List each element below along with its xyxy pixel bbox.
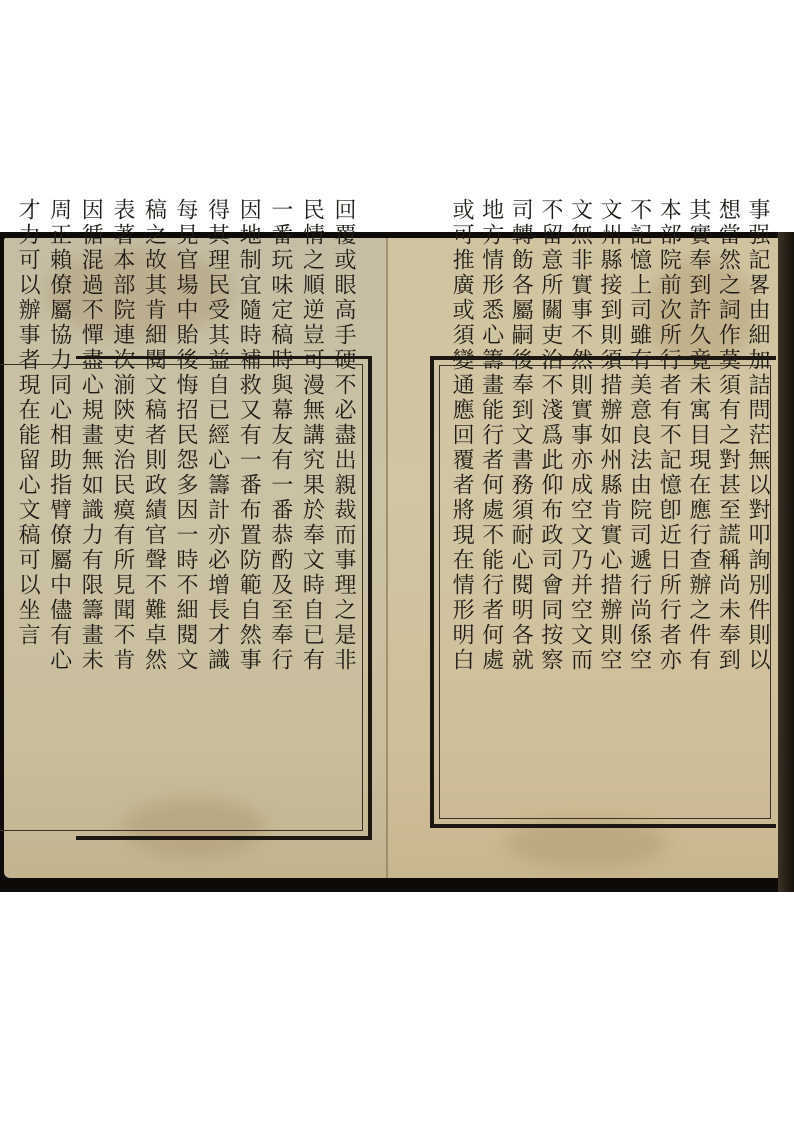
text-column: 周正賴僚屬協力同心相助指臂僚屬中儘有心 [42,198,74,618]
text-column: 或可推廣或須變通應回覆者將現在情形明白 [446,198,476,598]
text-column: 因地制宜隨時補救又有一番布置防範自然事 [232,198,264,618]
text-column: 司轉飭各屬嗣後奉到文書務須耐心閱明各就 [506,198,536,598]
text-column: 不留意所關吏治不淺爲此仰布政司會同按察 [535,198,565,598]
text-column: 事强記畧由細加詰問茫無以對叩詢別件則以 [742,198,772,598]
text-column: 地方情形悉心籌畫能行者何處不能行者何處 [476,198,506,598]
text-column: 才力可以辦事者現在能留心文稿可以坐言 [10,198,42,618]
text-column: 民情之順逆豈可漫無講究果於奉文時自已有 [295,198,327,618]
text-column: 本部院前次所行者有不記憶卽近日所行者亦 [654,198,684,598]
text-column: 因循混過不憚盡心規畫無如識力有限籌畫未 [74,198,106,618]
text-column: 文州縣接到則須措辦如州縣肯實心措辦則空 [594,198,624,598]
text-column: 表著本部院連次湔陝吏治民瘼有所見聞不肯 [105,198,137,618]
text-column: 稿之故其肯細閱文稿者則政績官聲不難卓然 [137,198,169,618]
book-spine [386,238,388,878]
text-column: 得其理民受其益自已經心籌計亦必增長才識 [200,198,232,618]
text-column: 其實奉到許久竟未寓目現在應行查辦之件有 [683,198,713,598]
text-column: 文無非實事不然則實事亦成空文乃并空文而 [565,198,595,598]
text-column: 想當然之詞作莫須有之對甚至謊稱尚未奉到 [713,198,743,598]
text-column: 每見官場中貽後悔招民怨多因一時不細閱文 [168,198,200,618]
text-column: 回覆或眼高手硬不必盡出親裁而事理之是非 [326,198,358,618]
page-edge [778,232,794,892]
text-column: 不記憶上司雖有美意良法由院司遞行尚係空 [624,198,654,598]
left-page-text: 回覆或眼高手硬不必盡出親裁而事理之是非 民情之順逆豈可漫無講究果於奉文時自已有 … [10,198,358,618]
text-column: 一番玩味定稿時與幕友有一番恭酌及至奉行 [263,198,295,618]
right-page-text: 事强記畧由細加詰問茫無以對叩詢別件則以 想當然之詞作莫須有之對甚至謊稱尚未奉到 … [446,198,772,598]
